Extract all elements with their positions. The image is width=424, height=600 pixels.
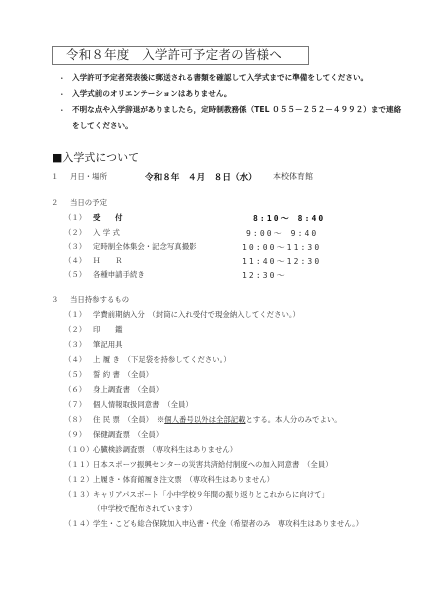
- belonging-no: （７）: [64, 400, 86, 410]
- item1-number: １: [51, 172, 58, 182]
- belonging-text: 個人情報取扱同意書 （全員）: [93, 400, 193, 410]
- belonging-text: 誓 約 書 （全員）: [93, 370, 153, 380]
- schedule-no: （５）: [64, 270, 86, 280]
- schedule-name: 入 学 式: [93, 228, 120, 238]
- schedule-name: Ｈ Ｒ: [93, 256, 123, 266]
- belonging-no: （３）: [64, 340, 86, 350]
- item2-number: ２: [51, 198, 58, 208]
- belonging-text: 身上調査書 （全員）: [93, 385, 163, 395]
- schedule-no: （４）: [64, 256, 86, 266]
- belonging-no: （１４）: [64, 519, 94, 529]
- belonging-text-cont: （中学校で配布されています）: [93, 504, 196, 514]
- belonging-text: 住 民 票 （全員） ※: [93, 415, 164, 424]
- belonging-no: （１）: [64, 310, 86, 320]
- belonging-no: （１１）: [64, 460, 94, 470]
- item1-label: 月日・場所: [70, 172, 107, 182]
- schedule-time: 9:00～ 9:40: [246, 228, 318, 239]
- bullet-icon: ・: [58, 89, 66, 100]
- schedule-time: 10:00～11:30: [242, 242, 321, 253]
- belonging-text: 学生・こども総合保険加入申込書・代金（希望者のみ 専攻科生はありません。）: [93, 519, 363, 529]
- belonging-text: 上 履 き （下足袋を持参してください。）: [93, 355, 231, 365]
- bullet-icon: ・: [58, 73, 66, 84]
- bullet-icon: ・: [58, 105, 66, 116]
- belonging-text: 上履き・体育館履き注文票 （専攻科生はありません）: [93, 475, 274, 485]
- belonging-text: 心臓検診調査票 （専攻科生はありません）: [93, 445, 237, 455]
- schedule-time: 12:30～: [242, 270, 287, 281]
- belonging-text: 筆記用具: [93, 340, 123, 350]
- belonging-no: （１２）: [64, 475, 94, 485]
- ceremony-place: 本校体育館: [273, 172, 313, 182]
- belonging-no: （８）: [64, 415, 86, 425]
- belonging-no: （６）: [64, 385, 86, 395]
- note-2: 入学式前のオリエンテーションはありません。: [72, 89, 231, 99]
- document-title: 令和８年度 入学許可予定者の皆様へ: [66, 47, 282, 63]
- emphasis-underlined: 個人番号以外は全部記載: [164, 415, 245, 424]
- schedule-no: （３）: [64, 242, 86, 252]
- belonging-text: 日本スポーツ振興センターの災害共済給付制度への加入同意書 （全員）: [93, 460, 333, 470]
- item3-number: ３: [51, 295, 58, 305]
- belonging-no: （９）: [64, 430, 86, 440]
- belonging-text: 保健調査票 （全員）: [93, 430, 163, 440]
- belonging-row: 住 民 票 （全員） ※個人番号以外は全部記載とする。本人分のみでよい。: [93, 415, 342, 425]
- schedule-no: （２）: [64, 228, 86, 238]
- note-3-cont: をしてください。: [72, 121, 133, 131]
- schedule-name: 定時制全体集会・記念写真撮影: [93, 242, 196, 252]
- note-1: 入学許可予定者発表後に郵送される書類を確認して入学式までに準備をしてください。: [72, 73, 368, 83]
- belonging-text: キャリアパスポート「小中学校９年間の振り返りとこれからに向けて」: [93, 490, 329, 500]
- schedule-time: 11:40～12:30: [242, 256, 321, 267]
- schedule-time: 8:10～ 8:40: [253, 213, 325, 224]
- schedule-no: （１）: [64, 213, 86, 223]
- belonging-no: （１０）: [64, 445, 94, 455]
- belonging-text-after: とする。本人分のみでよい。: [246, 415, 342, 424]
- belonging-text: 印 鑑: [93, 325, 123, 335]
- ceremony-date: 令和８年 ４月 ８日（水）: [145, 171, 257, 183]
- item3-label: 当日持参するもの: [70, 295, 129, 305]
- belonging-no: （１３）: [64, 490, 94, 500]
- belonging-no: （５）: [64, 370, 86, 380]
- schedule-name: 受 付: [93, 213, 123, 223]
- item2-label: 当日の予定: [70, 198, 107, 208]
- section-heading: ■入学式について: [52, 151, 139, 165]
- schedule-name: 各種申請手続き: [93, 270, 145, 280]
- belonging-no: （２）: [64, 325, 86, 335]
- note-3: 不明な点や入学辞退がありましたら，定時制教務係（TEL ０５５－２５２－４９９２…: [72, 105, 401, 115]
- belonging-no: （４）: [64, 355, 86, 365]
- belonging-text: 学費前期納入分 （封筒に入れ受付で現金納入してください。）: [93, 310, 300, 320]
